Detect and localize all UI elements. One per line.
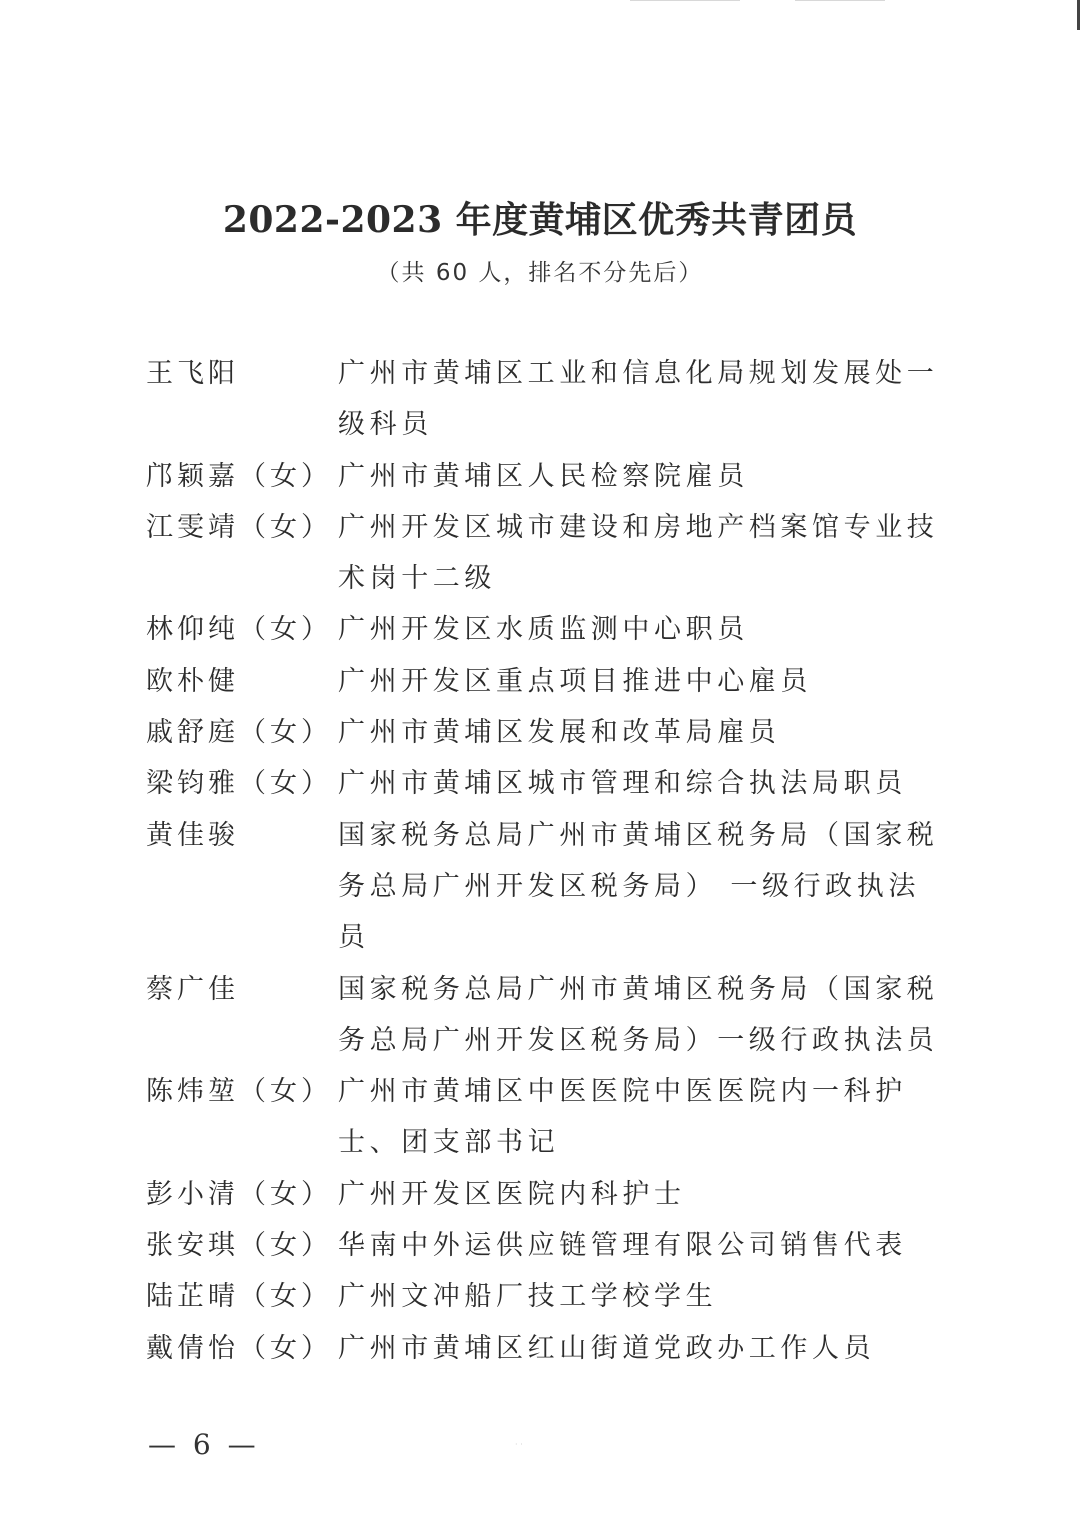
honoree-list: 王飞阳 广州市黄埔区工业和信息化局规划发展处一级科员 邝颖嘉（女） 广州市黄埔区… — [146, 348, 966, 1374]
honoree-organization: 广州开发区城市建设和房地产档案馆专业技术岗十二级 — [338, 502, 950, 605]
honoree-organization: 广州开发区水质监测中心职员 — [338, 604, 950, 655]
honoree-name: 戚舒庭（女） — [146, 707, 338, 758]
list-item: 林仰纯（女） 广州开发区水质监测中心职员 — [146, 604, 966, 655]
list-item: 陈炜堃（女） 广州市黄埔区中医医院中医医院内一科护士、团支部书记 — [146, 1066, 966, 1169]
page-title: 2022-2023 年度黄埔区优秀共青团员 — [0, 192, 1080, 243]
honoree-organization: 广州市黄埔区发展和改革局雇员 — [338, 707, 950, 758]
honoree-organization: 广州市黄埔区中医医院中医医院内一科护士、团支部书记 — [338, 1066, 950, 1169]
honoree-name: 梁钧雅（女） — [146, 758, 338, 809]
list-item: 黄佳骏 国家税务总局广州市黄埔区税务局（国家税务总局广州开发区税务局） 一级行政… — [146, 810, 966, 964]
honoree-name: 邝颖嘉（女） — [146, 451, 338, 502]
honoree-name: 戴倩怡（女） — [146, 1323, 338, 1374]
honoree-name: 林仰纯（女） — [146, 604, 338, 655]
honoree-organization: 广州开发区医院内科护士 — [338, 1169, 950, 1220]
honoree-organization: 广州市黄埔区人民检察院雇员 — [338, 451, 950, 502]
list-item: 欧朴健 广州开发区重点项目推进中心雇员 — [146, 656, 966, 707]
scan-edge-marks — [630, 0, 910, 3]
list-item: 江雯靖（女） 广州开发区城市建设和房地产档案馆专业技术岗十二级 — [146, 502, 966, 605]
honoree-organization: 国家税务总局广州市黄埔区税务局（国家税务总局广州开发区税务局） 一级行政执法员 — [338, 810, 950, 964]
honoree-organization: 广州市黄埔区城市管理和综合执法局职员 — [338, 758, 950, 809]
list-item: 邝颖嘉（女） 广州市黄埔区人民检察院雇员 — [146, 451, 966, 502]
honoree-name: 蔡广佳 — [146, 964, 338, 1067]
document-page: 2022-2023 年度黄埔区优秀共青团员 （共 60 人，排名不分先后） 王飞… — [0, 0, 1080, 1527]
list-item: 戚舒庭（女） 广州市黄埔区发展和改革局雇员 — [146, 707, 966, 758]
honoree-organization: 广州文冲船厂技工学校学生 — [338, 1271, 950, 1322]
list-item: 戴倩怡（女） 广州市黄埔区红山街道党政办工作人员 — [146, 1323, 966, 1374]
page-subtitle: （共 60 人，排名不分先后） — [0, 254, 1080, 287]
list-item: 蔡广佳 国家税务总局广州市黄埔区税务局（国家税务总局广州开发区税务局）一级行政执… — [146, 964, 966, 1067]
honoree-name: 陈炜堃（女） — [146, 1066, 338, 1169]
honoree-name: 张安琪（女） — [146, 1220, 338, 1271]
honoree-organization: 华南中外运供应链管理有限公司销售代表 — [338, 1220, 950, 1271]
list-item: 梁钧雅（女） 广州市黄埔区城市管理和综合执法局职员 — [146, 758, 966, 809]
honoree-name: 欧朴健 — [146, 656, 338, 707]
honoree-name: 江雯靖（女） — [146, 502, 338, 605]
list-item: 陆芷晴（女） 广州文冲船厂技工学校学生 — [146, 1271, 966, 1322]
list-item: 彭小清（女） 广州开发区医院内科护士 — [146, 1169, 966, 1220]
honoree-name: 彭小清（女） — [146, 1169, 338, 1220]
list-item: 张安琪（女） 华南中外运供应链管理有限公司销售代表 — [146, 1220, 966, 1271]
honoree-organization: 广州开发区重点项目推进中心雇员 — [338, 656, 950, 707]
list-item: 王飞阳 广州市黄埔区工业和信息化局规划发展处一级科员 — [146, 348, 966, 451]
honoree-organization: 广州市黄埔区红山街道党政办工作人员 — [338, 1323, 950, 1374]
honoree-organization: 国家税务总局广州市黄埔区税务局（国家税务总局广州开发区税务局）一级行政执法员 — [338, 964, 950, 1067]
page-number: — 6 — — [148, 1428, 260, 1461]
honoree-organization: 广州市黄埔区工业和信息化局规划发展处一级科员 — [338, 348, 950, 451]
scan-speck: · · — [515, 1440, 523, 1449]
honoree-name: 王飞阳 — [146, 348, 338, 451]
honoree-name: 黄佳骏 — [146, 810, 338, 964]
honoree-name: 陆芷晴（女） — [146, 1271, 338, 1322]
